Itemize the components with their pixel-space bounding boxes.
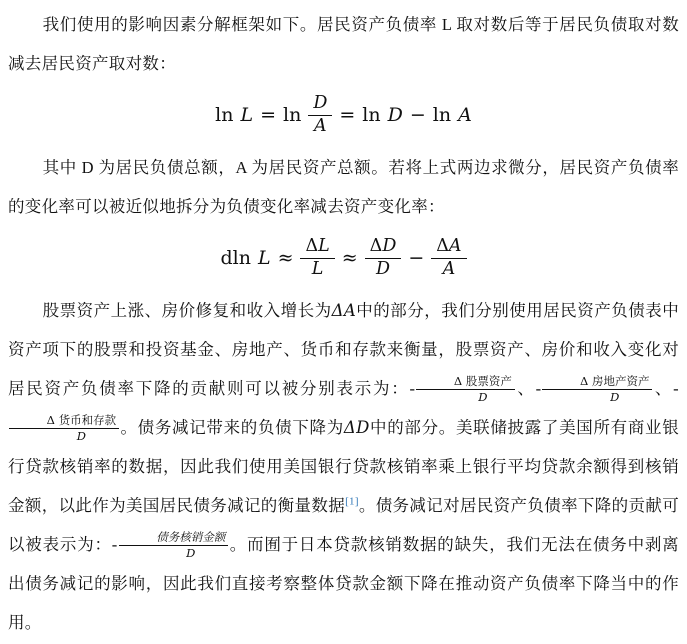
fraction-denominator: D [42,429,86,444]
inline-fraction-loan-chargeoff-amount: 债务核销金额D [119,530,229,561]
math-operator: ln [433,104,451,126]
fraction-numerator: D [308,93,332,116]
math-operator: ln [283,104,301,126]
math-variable: ΔD [344,418,370,437]
math-operator: dln [220,247,250,269]
inline-fraction-stock-assets: Δ 股票资产D [416,374,515,405]
fraction-numerator: Δ 货币和存款 [9,413,119,429]
math-approx: ≈ [278,247,294,269]
inline-fraction-currency-deposits: Δ 货币和存款D [9,413,119,444]
fraction-dL-over-L: ΔL L [300,236,334,281]
fraction-numerator: 债务核销金额 [119,530,229,546]
formula-growth-decomposition: dlnL ≈ ΔL L ≈ ΔD D − ΔA A [8,236,679,281]
body-text: 股票资产上涨、房价修复和收入增长为 [43,301,332,320]
fraction-denominator: A [309,116,332,138]
fraction-denominator: A [438,259,461,281]
body-text: 、- [653,379,679,398]
footnote-ref-1[interactable]: [1] [345,495,359,507]
paragraph-differential: 其中 D 为居民负债总额，A 为居民资产总额。若将上式两边求微分，居民资产负债率… [8,148,679,226]
document-page: 我们使用的影响因素分解框架如下。居民资产负债率 L 取对数后等于居民负债取对数减… [0,0,687,644]
fraction-numerator: ΔA [431,236,466,259]
math-variable: D [388,104,403,126]
formula-log-identity: lnL = ln D A = lnD − lnA [8,93,679,138]
math-variable: A [458,104,472,126]
inline-fraction-real-estate-assets: Δ 房地产资产D [542,374,652,405]
body-text: 、- [516,379,542,398]
delta-symbol: Δ [305,236,318,256]
math-operator: ln [215,104,233,126]
math-operator: ln [362,104,380,126]
paragraph-intro: 我们使用的影响因素分解框架如下。居民资产负债率 L 取对数后等于居民负债取对数减… [8,5,679,83]
math-minus: − [408,247,424,269]
math-equals: = [339,104,355,126]
paragraph-measurement: 股票资产上涨、房价修复和收入增长为ΔA中的部分，我们分别使用居民资产负债表中资产… [8,291,679,642]
fraction-numerator: Δ 房地产资产 [542,374,652,390]
delta-symbol: Δ [436,236,449,256]
math-variable: L [240,104,253,126]
fraction-numerator: ΔD [365,236,402,259]
math-approx: ≈ [342,247,358,269]
fraction-dD-over-D: ΔD D [365,236,402,281]
math-inline-deltaD: ΔD [344,418,370,437]
math-equals: = [260,104,276,126]
fraction-denominator: L [307,259,329,281]
math-inline-deltaA: ΔA [332,301,356,320]
fraction-dA-over-A: ΔA A [431,236,466,281]
fraction-denominator: D [444,390,488,405]
fraction-numerator: ΔL [300,236,334,259]
fraction-denominator: D [575,390,619,405]
math-variable: L [258,247,271,269]
fraction-denominator: D [371,259,395,281]
paragraph-differential-text: 其中 D 为居民负债总额，A 为居民资产总额。若将上式两边求微分，居民资产负债率… [8,158,679,216]
math-variable: ΔA [332,301,356,320]
body-text: 。债务减记带来的负债下降为 [120,418,344,437]
fraction-D-over-A: D A [308,93,332,138]
delta-symbol: Δ [370,236,383,256]
math-minus: − [410,104,426,126]
paragraph-intro-text: 我们使用的影响因素分解框架如下。居民资产负债率 L 取对数后等于居民负债取对数减… [8,15,679,73]
fraction-denominator: D [151,546,195,561]
fraction-numerator: Δ 股票资产 [416,374,515,390]
